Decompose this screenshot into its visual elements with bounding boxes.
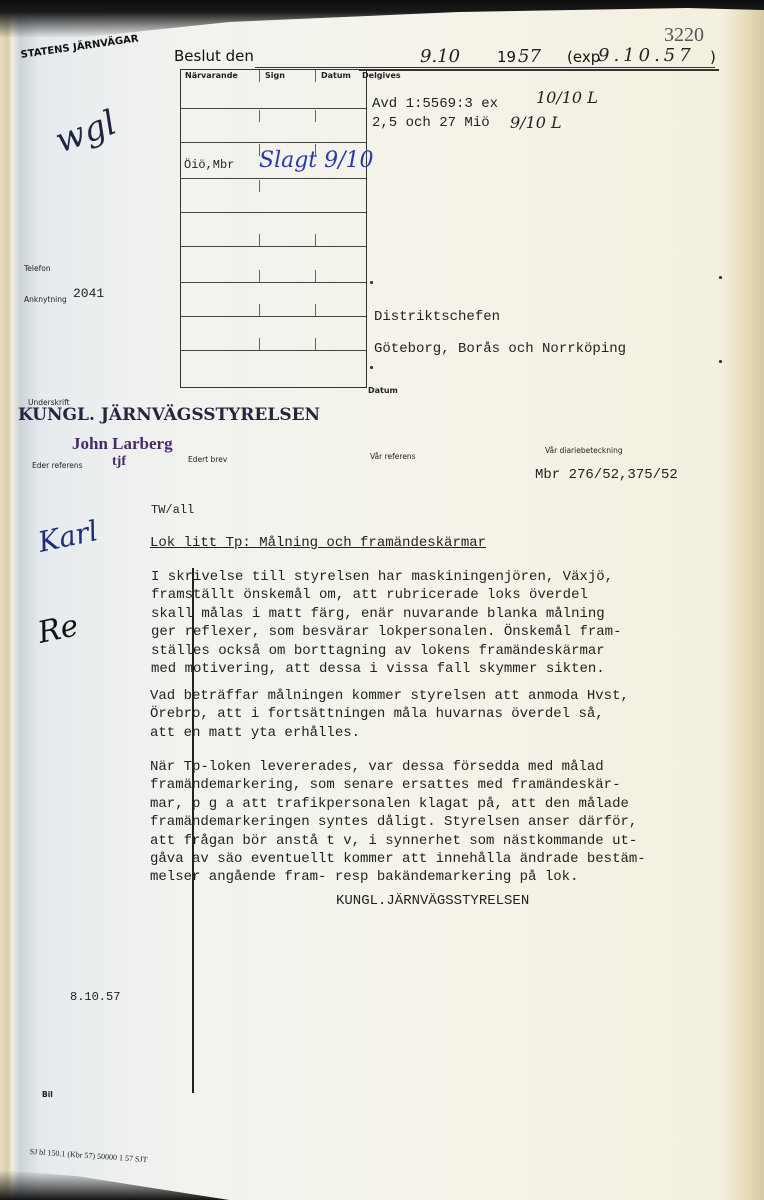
- letter-line: framställt önskemål om, att rubricerade …: [151, 586, 621, 604]
- form-code: SJ bl 150.1 (Kbr 57) 50000 1 57 SJT: [29, 1147, 147, 1164]
- book-shadow-top: [0, 0, 764, 40]
- distribution-line-2-handwritten: 9/10 L: [510, 113, 562, 132]
- edert-brev-label: Edert brev: [188, 455, 227, 464]
- letter-closing: KUNGL.JÄRNVÄGSSTYRELSEN: [336, 893, 529, 909]
- typist-initials: TW/all: [151, 503, 194, 517]
- distribution-line-1: Avd 1:5569:3 ex: [372, 96, 498, 112]
- var-referens-label: Vår referens: [370, 452, 416, 461]
- addressee-locations: Göteborg, Borås och Norrköping: [374, 341, 626, 357]
- attendance-box: Närvarande Sign Datum Öiö,Mbr Slagt 9/10: [180, 69, 367, 388]
- letter-line: Vad beträffar målningen kommer styrelsen…: [150, 687, 629, 705]
- exp-close: ): [710, 48, 716, 66]
- decision-label: Beslut den: [174, 47, 254, 65]
- exp-label: (exp: [567, 48, 600, 66]
- letter-paragraph-1: I skrivelse till styrelsen har maskining…: [151, 568, 621, 678]
- letter-line: ger reflexer, som besvärar lokpersonalen…: [151, 623, 621, 641]
- anknytning-label: Anknytning: [24, 295, 67, 304]
- signature-stamp: KUNGL. JÄRNVÄGSSTYRELSEN: [18, 405, 320, 425]
- delgives-border: [359, 69, 719, 71]
- delgives-label: Delgives: [362, 71, 401, 80]
- letter-line: När Tp-loken levererades, var dessa förs…: [150, 758, 646, 776]
- diarie-label: Vår diariebeteckning: [545, 446, 623, 455]
- book-shadow-bottom: [0, 1170, 764, 1200]
- letter-line: I skrivelse till styrelsen har maskining…: [151, 568, 621, 586]
- letter-line: att en matt yta erhålles.: [150, 724, 629, 742]
- column-header-datum: Datum: [321, 71, 351, 80]
- decision-date-line: [255, 67, 715, 68]
- letter-paragraph-2: Vad beträffar målningen kommer styrelsen…: [150, 687, 629, 742]
- attendance-entry-signature: Slagt 9/10: [259, 148, 374, 173]
- exp-date: 9.10.57: [598, 45, 695, 66]
- letter-paragraph-3: När Tp-loken levererades, var dessa förs…: [150, 758, 646, 887]
- distribution-line-1-handwritten: 10/10 L: [536, 88, 598, 107]
- letter-line: skall målas i matt färg, enär nuvarande …: [151, 605, 621, 623]
- year-prefix: 19: [497, 48, 516, 66]
- datum-label: Datum: [368, 386, 398, 395]
- document-number: 3220: [664, 24, 704, 47]
- year-suffix: 57: [518, 46, 541, 67]
- letter-line: framändemarkering, som senare ersattes m…: [150, 776, 646, 794]
- letter-line: melser angående fram- resp bakändemarker…: [150, 868, 646, 886]
- letter-subject: Lok litt Tp: Målning och framändeskärmar: [150, 535, 486, 551]
- column-header-sign: Sign: [265, 71, 285, 80]
- margin-typed-date: 8.10.57: [70, 990, 120, 1004]
- letter-line: framändemarkeringen syntes dåligt. Styre…: [150, 813, 646, 831]
- eder-referens-label: Eder referens: [32, 461, 83, 470]
- letter-line: Örebro, att i fortsättningen måla huvarn…: [150, 705, 629, 723]
- letter-line: ställes också om borttagning av lokens f…: [151, 642, 621, 660]
- margin-signature-2: Re: [35, 608, 82, 651]
- bil-label: Bil: [42, 1090, 53, 1099]
- letter-line: gåva av säo eventuellt kommer att innehå…: [150, 850, 646, 868]
- signer-name: John Larberg: [72, 434, 173, 454]
- document-page: STATENS JÄRNVÄGAR Beslut den 9.10 19 57 …: [0, 0, 764, 1200]
- decision-date: 9.10: [420, 46, 460, 67]
- addressee-title: Distriktschefen: [374, 309, 500, 325]
- column-header-narvarande: Närvarande: [185, 71, 238, 80]
- distribution-line-2: 2,5 och 27 Miö: [372, 115, 490, 131]
- margin-signature-1: Karl: [35, 514, 101, 559]
- letter-line: med motivering, att dessa i vissa fall s…: [151, 660, 621, 678]
- attendance-entry-typed: Öiö,Mbr: [184, 158, 234, 172]
- margin-line: [192, 568, 194, 1093]
- signer-suffix: tjf: [112, 454, 126, 470]
- letter-line: mar, p g a att trafikpersonalen klagat p…: [150, 795, 646, 813]
- anknytning-value: 2041: [73, 286, 104, 301]
- telefon-label: Telefon: [24, 264, 51, 273]
- initials-handwritten: wgl: [50, 103, 122, 162]
- diarie-value: Mbr 276/52,375/52: [535, 467, 678, 483]
- letter-line: att frågan bör anstå t v, i synnerhet so…: [150, 832, 646, 850]
